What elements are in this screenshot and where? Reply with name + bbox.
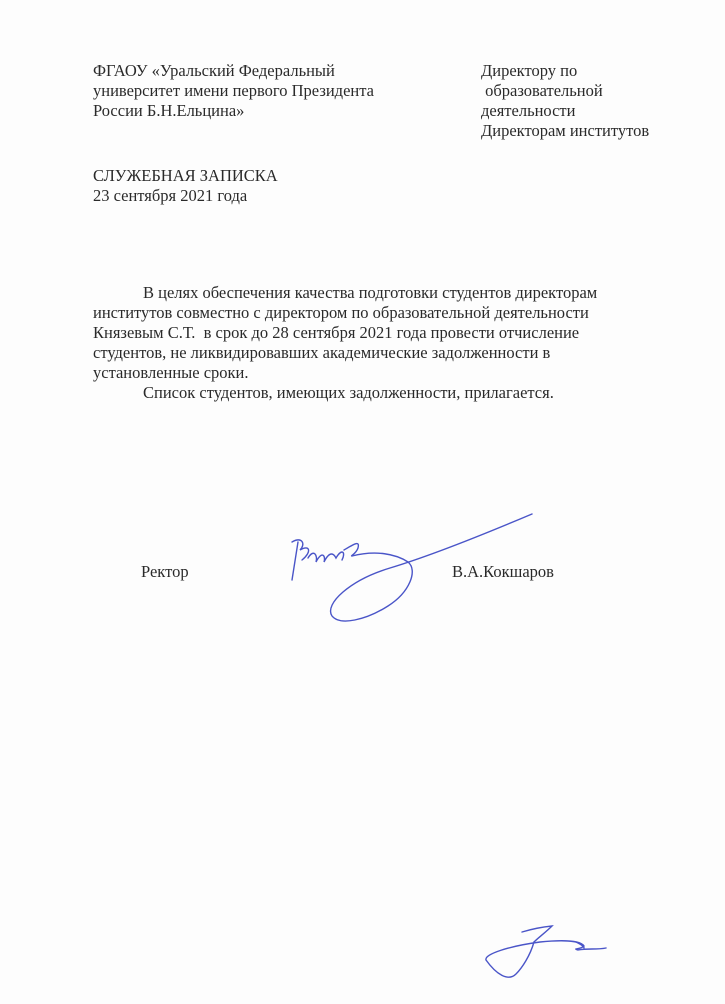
- addressee-line: Директору по: [481, 61, 649, 81]
- body-line: студентов, не ликвидировавших академичес…: [93, 343, 693, 363]
- body-line: институтов совместно с директором по обр…: [93, 303, 693, 323]
- body-line: В целях обеспечения качества подготовки …: [93, 283, 693, 303]
- addressee-line: образовательной: [481, 81, 649, 101]
- sender-line: университет имени первого Президента: [93, 81, 374, 101]
- sender-line: России Б.Н.Ельцина»: [93, 101, 374, 121]
- body-line: Князевым С.Т. в срок до 28 сентября 2021…: [93, 323, 693, 343]
- document-page: ФГАОУ «Уральский Федеральный университет…: [0, 0, 725, 1004]
- addressee-block: Директору по образовательной деятельност…: [481, 61, 649, 141]
- signatory-position: Ректор: [141, 562, 189, 582]
- sender-line: ФГАОУ «Уральский Федеральный: [93, 61, 374, 81]
- body-line: установленные сроки.: [93, 363, 693, 383]
- memo-title: СЛУЖЕБНАЯ ЗАПИСКА: [93, 166, 278, 186]
- memo-date: 23 сентября 2021 года: [93, 186, 247, 206]
- rector-signature-icon: [280, 510, 540, 630]
- addressee-line: деятельности: [481, 101, 649, 121]
- addressee-line: Директорам институтов: [481, 121, 649, 141]
- sender-block: ФГАОУ «Уральский Федеральный университет…: [93, 61, 374, 121]
- body-line: Список студентов, имеющих задолженности,…: [93, 383, 693, 403]
- memo-body: В целях обеспечения качества подготовки …: [93, 283, 693, 403]
- approval-signature-icon: [480, 920, 630, 990]
